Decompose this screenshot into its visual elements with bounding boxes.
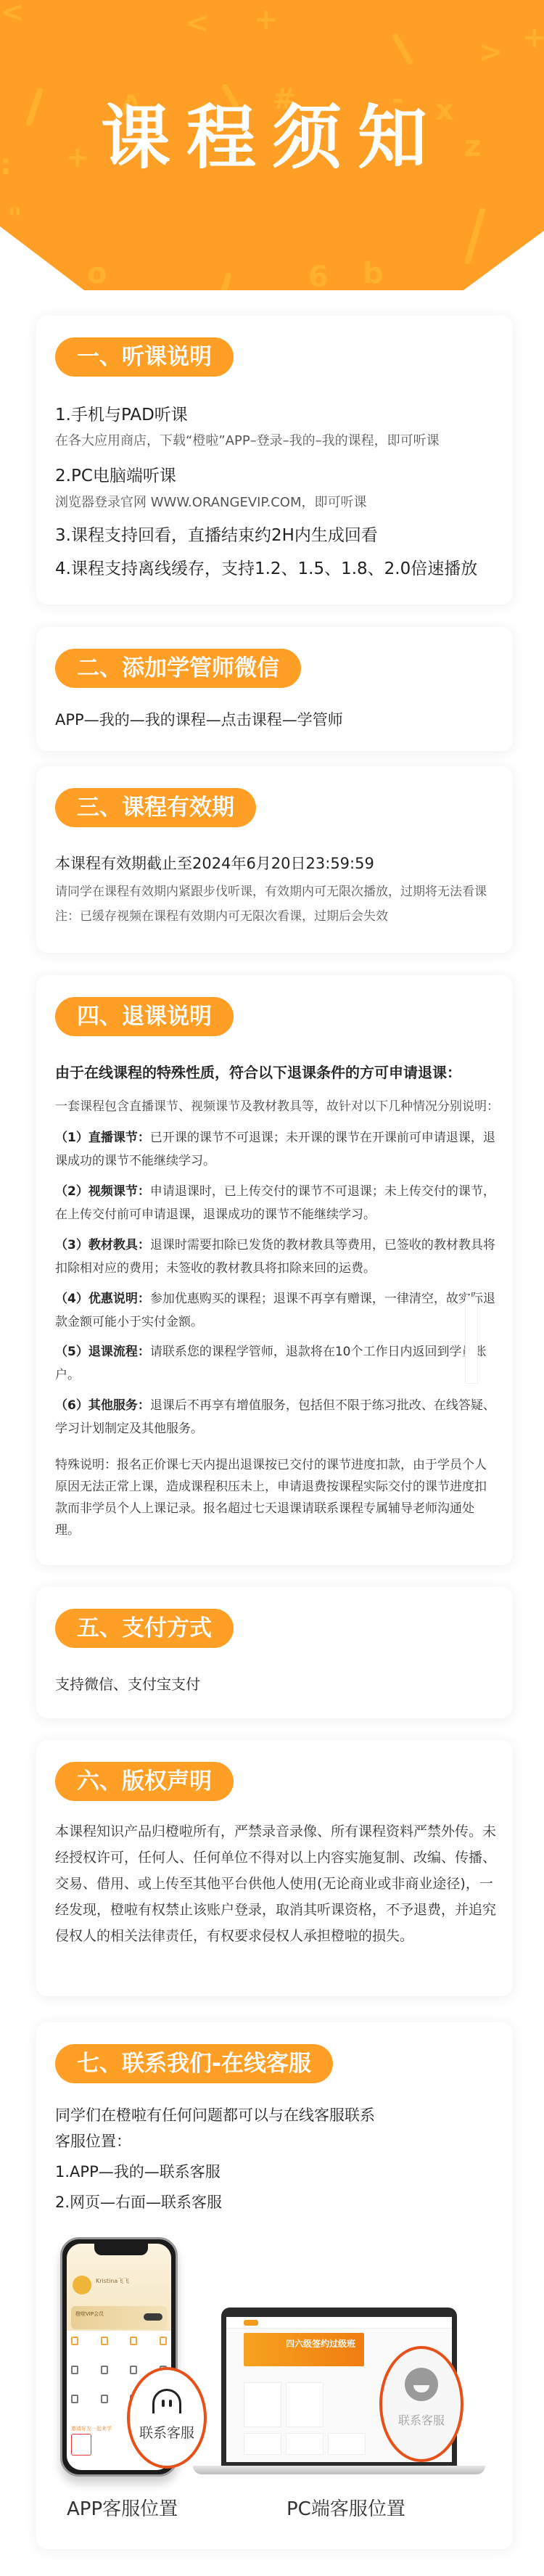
site-logo xyxy=(244,2320,258,2326)
user-name: Kristina飞飞 xyxy=(96,2277,129,2285)
svg-text:+: + xyxy=(254,3,279,36)
invite-banner: 邀请好友一起来学 xyxy=(71,2425,112,2432)
svg-text:+: + xyxy=(522,21,544,54)
section-title-pill: 一、听课说明 xyxy=(55,337,234,377)
contact-line: 1.APP—我的—联系客服 xyxy=(55,2160,221,2182)
refund-rule-label: （3）教材教具： xyxy=(55,1238,150,1252)
validity-note: 请同学在课程有效期内紧跟步伐听课，有效期内可无限次播放，过期将无法看课 xyxy=(55,881,487,899)
refund-rule-label: （6）其他服务： xyxy=(55,1398,150,1413)
refund-rule-label: （2）视频课节： xyxy=(55,1184,150,1199)
refund-intro: 一套课程包含直播课节、视频课节及教材教具等，故针对以下几种情况分别说明： xyxy=(55,1096,499,1114)
section-card-wechat: 二、添加学管师微信 APP—我的—我的课程—点击课程—学管师 xyxy=(36,627,513,751)
section-title-pill: 二、添加学管师微信 xyxy=(55,649,301,688)
phone-notch xyxy=(94,2244,148,2255)
pc-caption: PC端客服位置 xyxy=(287,2494,405,2521)
user-avatar xyxy=(73,2276,91,2294)
section-card-copyright: 六、版权声明 本课程知识产品归橙啦所有，严禁录音录像、所有课程资料严禁外传。未经… xyxy=(36,1740,513,1996)
svg-text:<: < xyxy=(185,7,210,40)
headset-icon xyxy=(152,2389,181,2413)
site-banner: 四六级签约过级班 xyxy=(244,2333,364,2366)
wechat-path-text: APP—我的—我的课程—点击课程—学管师 xyxy=(55,708,343,730)
refund-rule: （5）退课流程：请联系您的课程学管师，退款将在10个工作日内返回到学员账户。 xyxy=(55,1340,498,1387)
section-card-listening: 一、听课说明 1.手机与PAD听课 在各大应用商店，下载“橙啦”APP–登录–我… xyxy=(36,316,513,604)
refund-rule: （4）优惠说明：参加优惠购买的课程；退课不再享有赠课，一律清空，故实际退款金额可… xyxy=(55,1287,498,1334)
section-title-pill: 五、支付方式 xyxy=(55,1609,234,1648)
pc-contact-bubble: 联系客服 xyxy=(379,2346,463,2462)
svg-text:6: 6 xyxy=(308,261,329,290)
listen-item-detail: 在各大应用商店，下载“橙啦”APP–登录–我的–我的课程，即可听课 xyxy=(55,430,440,449)
section-card-contact: 七、联系我们-在线客服 同学们在橙啦有任何问题都可以与在线客服联系 客服位置： … xyxy=(36,2022,513,2549)
refund-heading: 由于在线课程的特殊性质，符合以下退课条件的方可申请退课： xyxy=(55,1061,461,1082)
svg-text:>: > xyxy=(479,36,503,69)
contact-line: 客服位置： xyxy=(55,2130,131,2152)
page-title: 课程须知 xyxy=(0,102,544,174)
contact-line: 同学们在橙啦有任何问题都可以与在线客服联系 xyxy=(55,2104,375,2125)
contact-service-highlight xyxy=(71,2434,91,2456)
section-title-pill: 四、退课说明 xyxy=(55,997,234,1036)
validity-deadline: 本课程有效期截止至2024年6月20日23:59:59 xyxy=(55,852,374,874)
listen-item-heading: 4.课程支持离线缓存，支持1.2、1.5、1.8、2.0倍速播放 xyxy=(55,555,477,579)
svg-text:": " xyxy=(7,202,22,236)
svg-text:b: b xyxy=(363,257,384,290)
app-contact-bubble: 联系客服 xyxy=(127,2367,207,2469)
copyright-text: 本课程知识产品归橙啦所有，严禁录音录像、所有课程资料严禁外传。未经授权许可，任何… xyxy=(55,1818,498,1949)
app-caption: APP客服位置 xyxy=(67,2494,178,2521)
header-banner: <<+ >+A #-x +:z "ob 6+ 课程须知 xyxy=(0,0,544,290)
refund-rule: （2）视频课节：申请退课时，已上传交付的课节不可退课；未上传交付的课节，在上传交… xyxy=(55,1180,498,1226)
laptop-base xyxy=(193,2466,485,2474)
section-title-pill: 三、课程有效期 xyxy=(55,788,256,827)
refund-rule: （3）教材教具：退课时需要扣除已发货的教材教具等费用，已签收的教材教具将扣除相对… xyxy=(55,1234,498,1280)
listen-item-detail: 浏览器登录官网 WWW.ORANGEVIP.COM，即可听课 xyxy=(55,492,366,511)
section-card-validity: 三、课程有效期 本课程有效期截止至2024年6月20日23:59:59 请同学在… xyxy=(36,766,513,953)
refund-rule: （6）其他服务：退课后不再享有增值服务，包括但不限于练习批改、在线答疑、学习计划… xyxy=(55,1394,498,1440)
listen-item-heading: 2.PC电脑端听课 xyxy=(55,462,176,486)
refund-rule-label: （4）优惠说明： xyxy=(55,1292,150,1306)
refund-special-note: 特殊说明：报名正价课七天内提出退课按已交付的课节进度扣款，由于学员个人原因无法正… xyxy=(55,1454,498,1541)
refund-rule-label: （1）直播课节： xyxy=(55,1131,150,1145)
svg-text:o: o xyxy=(87,257,107,290)
contact-line: 2.网页—右面—联系客服 xyxy=(55,2191,222,2212)
section-title-pill: 七、联系我们-在线客服 xyxy=(55,2044,333,2083)
refund-rule-label: （5）退课流程： xyxy=(55,1345,150,1359)
listen-item-heading: 3.课程支持回看，直播结束约2H内生成回看 xyxy=(55,522,378,546)
menu-icon-row xyxy=(71,2337,167,2345)
payment-methods-text: 支持微信、支付宝支付 xyxy=(55,1673,200,1694)
section-title-pill: 六、版权声明 xyxy=(55,1762,234,1801)
refund-rule: （1）直播课节：已开课的课节不可退课；未开课的课节在开课前可申请退课，退课成功的… xyxy=(55,1126,498,1173)
section-card-refund: 四、退课说明 由于在线课程的特殊性质，符合以下退课条件的方可申请退课： 一套课程… xyxy=(36,975,513,1565)
svg-text:<: < xyxy=(0,0,25,29)
section-card-payment: 五、支付方式 支持微信、支付宝支付 xyxy=(36,1587,513,1718)
vip-card: 橙啦VIP会员 xyxy=(71,2306,167,2329)
listen-item-heading: 1.手机与PAD听课 xyxy=(55,401,188,425)
customer-service-icon xyxy=(405,2368,438,2401)
validity-note: 注：已缓存视频在课程有效期内可无限次看课，过期后会失效 xyxy=(55,906,388,924)
